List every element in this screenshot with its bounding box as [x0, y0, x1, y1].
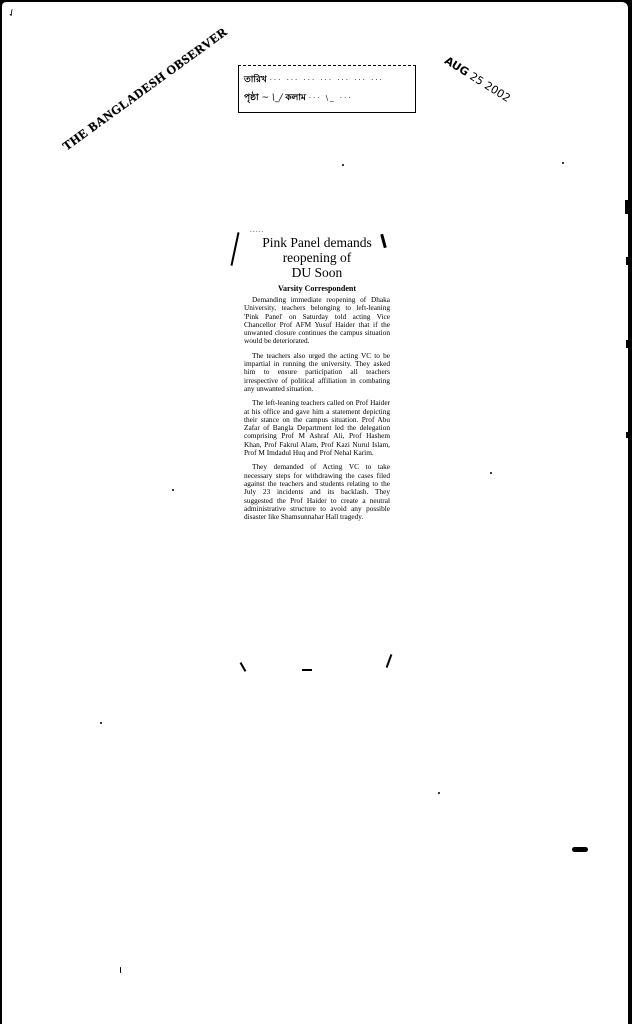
speck [100, 722, 102, 724]
article-paragraph-1: Demanding immediate reopening of Dhaka U… [244, 296, 390, 346]
headline-line-1: Pink Panel demands [244, 235, 390, 250]
scan-edge-mark [626, 257, 628, 265]
clip-mark-top-left [230, 232, 239, 266]
clip-mark-bottom-left [240, 662, 247, 672]
date-stamp: AUG 25 2002 [442, 54, 513, 105]
speck [342, 164, 344, 166]
stamp-page-row: পৃষ্ঠা ~ \_/ কলাম ··· \_ ··· [244, 90, 352, 105]
article-byline: Varsity Correspondent [244, 284, 390, 293]
ink-blot [572, 847, 588, 852]
scan-edge-mark [626, 340, 628, 348]
article-headline: Pink Panel demands reopening of DU Soon [244, 235, 390, 280]
headline-line-2: reopening of [244, 250, 390, 265]
speck [120, 967, 121, 973]
scan-edge-mark [625, 200, 628, 214]
news-article: - - - - - Pink Panel demands reopening o… [244, 230, 390, 527]
scanned-page: ✓ THE BANGLADESH OBSERVER তারিখ ··· ··· … [2, 2, 628, 1024]
headline-line-3: DU Soon [244, 265, 390, 280]
speck [490, 472, 492, 474]
archive-stamp: তারিখ ··· ··· ··· ··· ··· ··· ··· পৃষ্ঠা… [238, 65, 416, 113]
newspaper-masthead: THE BANGLADESH OBSERVER [60, 24, 231, 154]
stamp-page-label: পৃষ্ঠা [244, 93, 259, 103]
scan-edge-mark [626, 432, 628, 438]
speck [438, 792, 440, 794]
date-year: 2002 [482, 79, 513, 105]
stamp-date-row: তারিখ ··· ··· ··· ··· ··· ··· ··· [244, 72, 384, 87]
stamp-column-label: কলাম [285, 93, 306, 103]
article-paragraph-3: The left-leaning teachers called on Prof… [244, 399, 390, 457]
article-paragraph-4: They demanded of Acting VC to take neces… [244, 463, 390, 521]
date-month: AUG [442, 54, 471, 79]
date-day: 25 [467, 70, 486, 88]
stamp-date-label: তারিখ [244, 75, 267, 85]
clip-mark-bottom-center [302, 669, 312, 671]
stamp-page-signature: ~ \_/ [261, 93, 282, 103]
clip-mark-bottom-right [386, 654, 393, 668]
speck [562, 162, 564, 164]
speck [172, 489, 174, 491]
article-body: Demanding immediate reopening of Dhaka U… [244, 296, 390, 521]
stamp-date-fill: ··· ··· ··· ··· ··· ··· ··· [270, 76, 384, 84]
check-mark-icon: ✓ [6, 7, 19, 21]
article-paragraph-2: The teachers also urged the acting VC to… [244, 352, 390, 393]
stamp-column-fill: ··· \_ ··· [309, 94, 353, 102]
